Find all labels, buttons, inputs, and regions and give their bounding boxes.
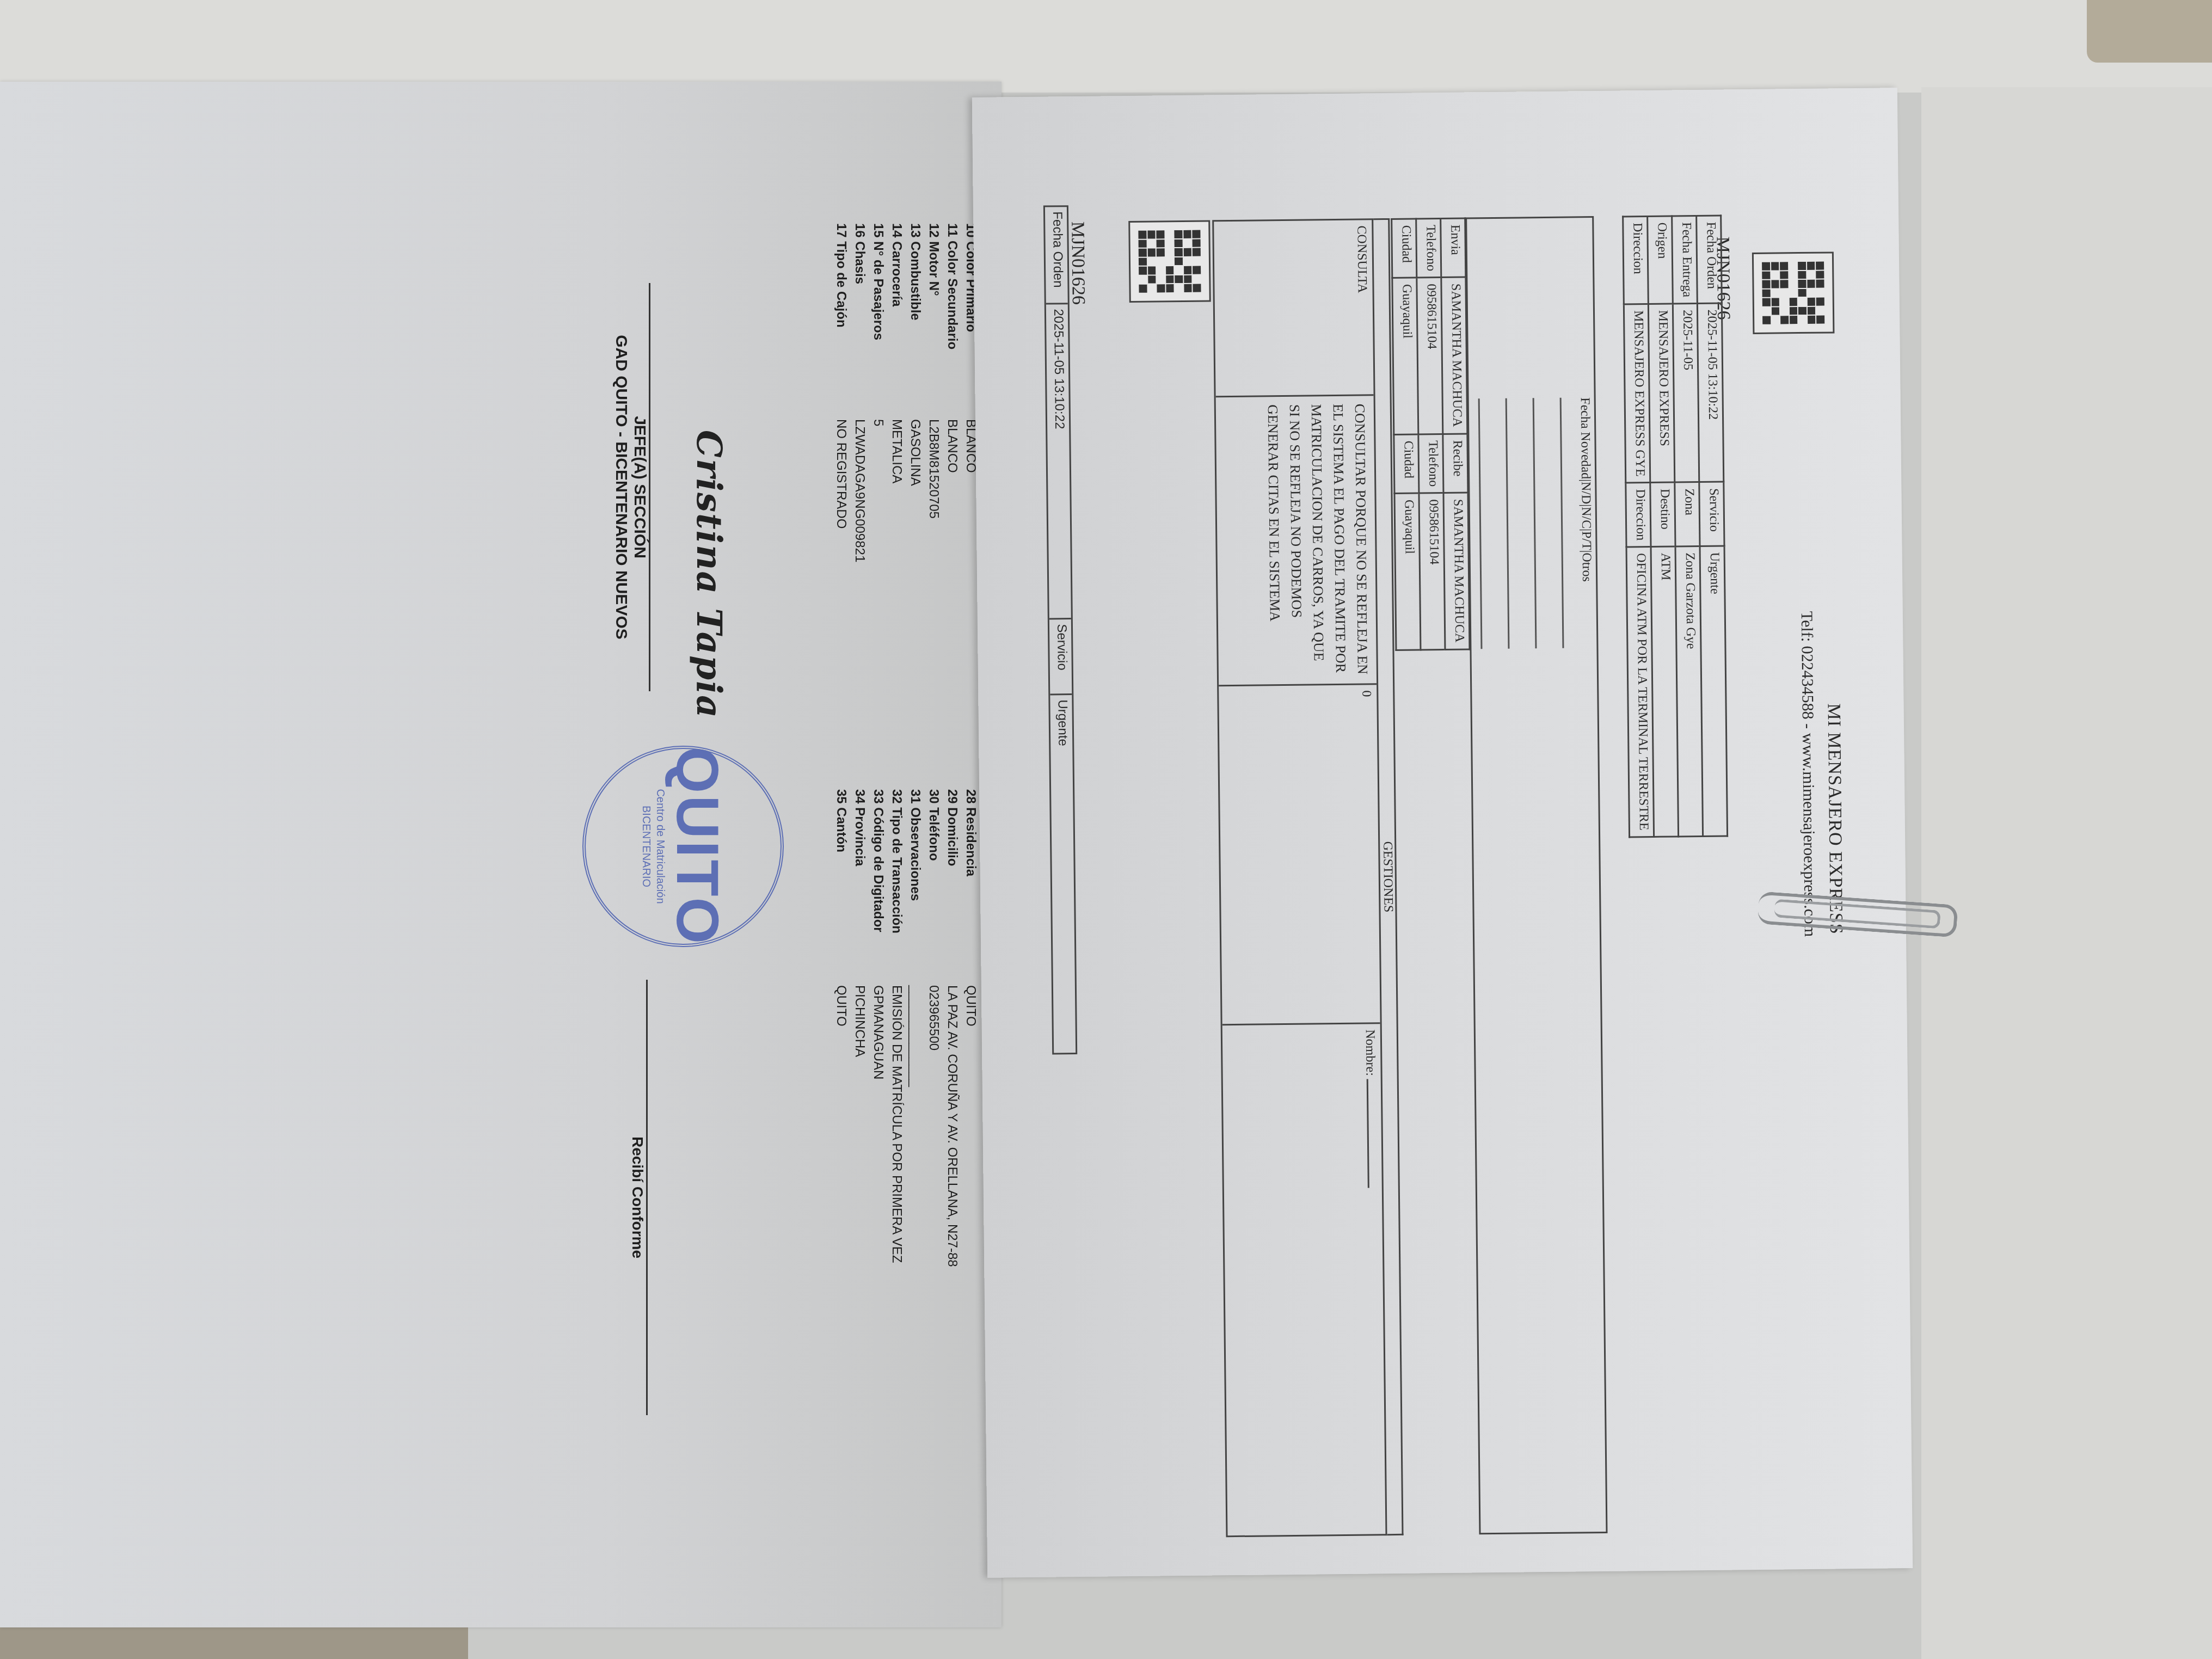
copy-fecha-orden-label: Fecha Orden <box>1045 207 1068 304</box>
vehicle-field-value: LZWADAGA9NG009821 <box>852 419 867 562</box>
field-label: Ciudad <box>1394 434 1419 494</box>
contact-row: EnviaSAMANTHA MACHUCARecibeSAMANTHA MACH… <box>1441 218 1470 649</box>
desk-object <box>0 1622 468 1659</box>
field-label: Direccion <box>1623 216 1649 304</box>
consulta-label: CONSULTA <box>1214 220 1373 397</box>
vehicle-field-value: BLANCO <box>944 419 960 473</box>
novedad-line <box>1506 398 1510 649</box>
vehicle-field-label: 34 Provincia <box>852 789 867 985</box>
field-label: Envia <box>1441 218 1466 278</box>
field-label: Destino <box>1650 482 1675 546</box>
signature-line <box>649 283 650 691</box>
vehicle-field-value: METALICA <box>889 419 904 483</box>
novedad-line <box>1560 398 1564 648</box>
vehicle-field-label: 11 Color Secundario <box>944 223 960 419</box>
vehicle-field: 34 ProvinciaPICHINCHA <box>850 789 869 1267</box>
vehicle-field: 28 ResidenciaQUITO <box>961 789 980 1267</box>
desk-background <box>1921 87 2212 1659</box>
stamp-line-1: Centro de Matriculación <box>653 789 667 904</box>
contact-row: CiudadGuayaquilCiudadGuayaquil <box>1392 219 1421 650</box>
vehicle-field-label: 17 Tipo de Cajón <box>833 223 849 419</box>
vehicle-field: 35 CantónQUITO <box>832 789 850 1267</box>
vehicle-field-value: PICHINCHA <box>852 985 867 1057</box>
vehicle-field-value: GPMANAGUAN <box>870 985 886 1079</box>
received-line <box>646 980 648 1415</box>
field-value: 0958615104 <box>1419 493 1445 650</box>
field-value: Urgente <box>1700 546 1728 836</box>
qr-code <box>1752 251 1835 334</box>
stamp-line-2: BICENTENARIO <box>639 806 653 887</box>
vehicle-field: 31 Observaciones______________ <box>906 789 924 1267</box>
novedad-label: Fecha Novedad|N/D|N/C|P/T|Otros <box>1578 397 1594 582</box>
vehicle-field-value: ______________ <box>907 985 923 1087</box>
vehicle-field: 12 Motor N°L2B8M81520705 <box>924 223 943 562</box>
stamp-logo-text: QUITO <box>667 747 727 946</box>
vehicle-field: 14 CarroceríaMETALICA <box>887 223 906 562</box>
novedad-section: Fecha Novedad|N/D|N/C|P/T|Otros <box>1465 216 1607 1534</box>
field-label: Direccion <box>1626 483 1651 547</box>
field-value: MENSAJERO EXPRESS <box>1648 304 1674 483</box>
copy-servicio: Urgente <box>1050 695 1076 1053</box>
nombre-line <box>1367 1079 1369 1188</box>
vehicle-field-label: 29 Domicilio <box>944 789 960 985</box>
vehicle-field-label: 16 Chasis <box>852 223 867 419</box>
vehicle-field: 11 Color SecundarioBLANCO <box>943 223 961 562</box>
quantity: 0 <box>1219 685 1380 1025</box>
vehicle-field-label: 31 Observaciones <box>907 789 923 985</box>
vehicle-field: 33 Código de DigitadorGPMANAGUAN <box>869 789 887 1267</box>
field-label: Ciudad <box>1392 219 1417 278</box>
vehicle-field-value: EMISIÓN DE MATRÍCULA POR PRIMERA VEZ <box>889 985 904 1263</box>
vehicle-field: 15 N° de Pasajeros5 <box>869 223 887 562</box>
field-value: Zona Garzota Gye <box>1675 546 1703 836</box>
company-contact: Telf: 022434588 - www.mimensajeroexpress… <box>1797 611 1819 937</box>
qr-code-copy <box>1128 220 1211 303</box>
vehicle-fields-right: 28 ResidenciaQUITO29 DomicilioLA PAZ AV.… <box>832 789 980 1267</box>
field-value: Guayaquil <box>1392 278 1418 434</box>
vehicle-field-label: 14 Carrocería <box>889 223 904 419</box>
field-value: Guayaquil <box>1394 493 1421 650</box>
official-stamp: QUITO Centro de Matriculación BICENTENAR… <box>582 746 784 947</box>
vehicle-field-value: 5 <box>870 419 886 426</box>
field-label: Telefono <box>1418 434 1443 493</box>
field-value: OFICINA ATM POR LA TERMINAL TERRESTRE <box>1626 546 1654 837</box>
order-code-copy: MJN01626 <box>1067 222 1089 305</box>
vehicle-field: 29 DomicilioLA PAZ AV. CORUÑA Y AV. OREL… <box>943 789 961 1267</box>
vehicle-field-label: 15 N° de Pasajeros <box>870 223 886 419</box>
vehicle-field-value: LA PAZ AV. CORUÑA Y AV. ORELLANA, N27-88 <box>944 985 960 1267</box>
field-value: ATM <box>1651 546 1679 837</box>
field-value: SAMANTHA MACHUCA <box>1443 493 1470 649</box>
vehicle-field: 17 Tipo de CajónNO REGISTRADO <box>832 223 850 562</box>
vehicle-field-value: QUITO <box>963 985 978 1027</box>
field-label: Fecha Orden <box>1697 216 1722 303</box>
received-label: Recibí Conforme <box>629 980 646 1415</box>
gestiones-section: GESTIONES CONSULTA CONSULTAR PORQUE NO S… <box>1212 218 1403 1537</box>
field-value: 2025-11-05 <box>1673 303 1699 482</box>
consulta-text: CONSULTAR PORQUE NO SE REFLEJA EN EL SIS… <box>1216 396 1377 686</box>
vehicle-field: 16 ChasisLZWADAGA9NG009821 <box>850 223 869 562</box>
field-value: SAMANTHA MACHUCA <box>1441 277 1467 434</box>
field-label: Telefono <box>1416 218 1441 278</box>
field-label: Recibe <box>1443 434 1468 493</box>
field-value: MENSAJERO EXPRESS GYE <box>1624 304 1650 483</box>
vehicle-field-label: 32 Tipo de Transacción <box>889 789 904 985</box>
vehicle-field: 32 Tipo de TransacciónEMISIÓN DE MATRÍCU… <box>887 789 906 1267</box>
desk-background <box>0 0 2212 93</box>
vehicle-field-value: L2B8M81520705 <box>926 419 941 519</box>
field-label: Fecha Entrega <box>1672 216 1698 304</box>
novedad-line <box>1478 398 1483 649</box>
vehicle-field: 30 Teléfono023965500 <box>924 789 943 1267</box>
field-value: 2025-11-05 13:10:22 <box>1697 303 1723 482</box>
field-value: 0958615104 <box>1417 278 1443 434</box>
desk-object <box>2087 0 2212 63</box>
field-label: Zona <box>1675 482 1700 546</box>
vehicle-field-value: GASOLINA <box>907 419 923 486</box>
order-details-table: Fecha Orden2025-11-05 13:10:22ServicioUr… <box>1622 215 1728 838</box>
copy-table: Fecha Orden 2025-11-05 13:10:22 Servicio… <box>1043 205 1077 1054</box>
field-label: Servicio <box>1699 482 1724 546</box>
contacts-table: EnviaSAMANTHA MACHUCARecibeSAMANTHA MACH… <box>1391 217 1470 650</box>
vehicle-field-label: 12 Motor N° <box>926 223 941 419</box>
vehicle-field-label: 30 Teléfono <box>926 789 941 985</box>
copy-servicio-label: Servicio <box>1049 618 1072 695</box>
order-table: Fecha Orden2025-11-05 13:10:22ServicioUr… <box>1622 215 1728 838</box>
signature: Cristina Tapia <box>689 430 729 719</box>
vehicle-field-label: 28 Residencia <box>963 789 978 985</box>
sender-receiver-table: EnviaSAMANTHA MACHUCARecibeSAMANTHA MACH… <box>1391 217 1470 650</box>
vehicle-field: 13 CombustibleGASOLINA <box>906 223 924 562</box>
vehicle-fields-left: 10 Color PrimarioBLANCO11 Color Secundar… <box>832 223 980 562</box>
copy-fecha-orden: 2025-11-05 13:10:22 <box>1046 304 1071 618</box>
signature-block: JEFE(A) SECCIÓN GAD QUITO - BICENTENARIO… <box>612 283 650 691</box>
vehicle-field-value: QUITO <box>833 985 849 1027</box>
vehicle-field-value: 023965500 <box>926 985 941 1050</box>
signer-title: JEFE(A) SECCIÓN <box>630 283 649 691</box>
field-label: Origen <box>1648 216 1673 304</box>
signer-office: GAD QUITO - BICENTENARIO NUEVOS <box>612 283 630 691</box>
nombre-label: Nombre: <box>1363 1029 1378 1076</box>
vehicle-field-label: 13 Combustible <box>907 223 923 419</box>
vehicle-registration-sheet: 10 Color PrimarioBLANCO11 Color Secundar… <box>0 82 1001 1627</box>
vehicle-field-label: 35 Cantón <box>833 789 849 985</box>
received-block: Recibí Conforme <box>629 980 648 1415</box>
vehicle-field-label: 33 Código de Digitador <box>870 789 886 985</box>
vehicle-field-value: NO REGISTRADO <box>833 419 849 529</box>
courier-form-sheet: MI MENSAJERO EXPRESS Telf: 022434588 - w… <box>972 88 1913 1578</box>
novedad-line <box>1533 398 1537 648</box>
contact-row: Telefono0958615104Telefono0958615104 <box>1416 218 1445 649</box>
